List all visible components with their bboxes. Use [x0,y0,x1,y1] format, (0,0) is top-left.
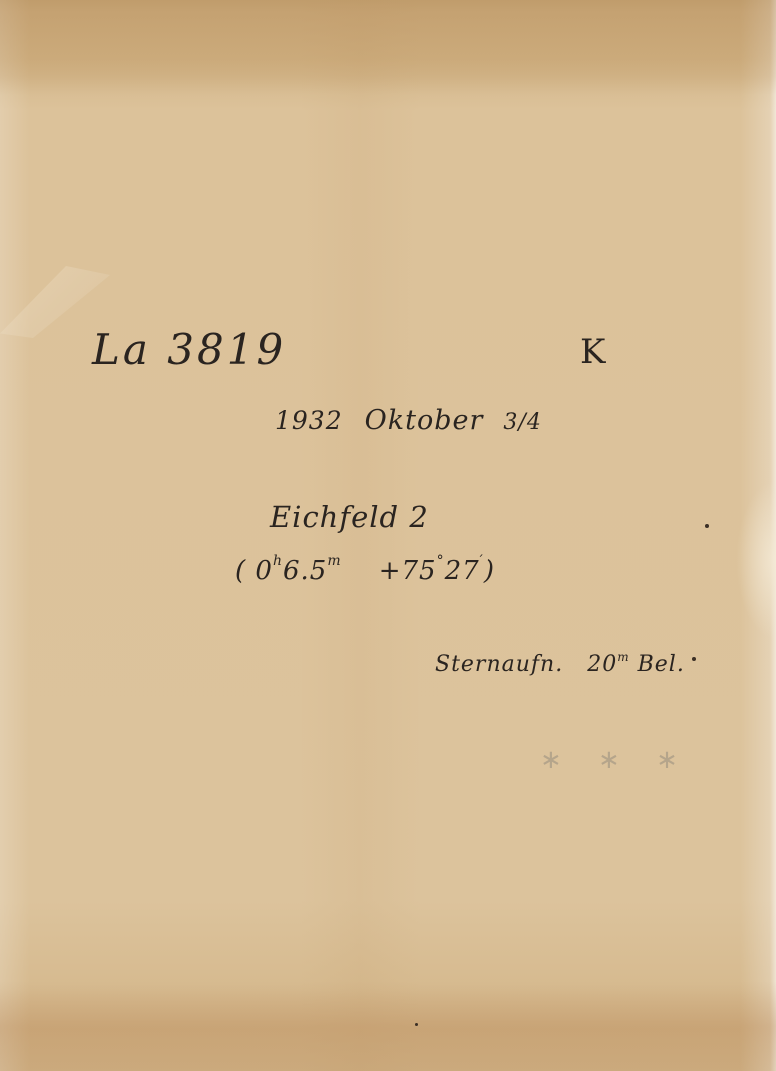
declination-deg: +75 [379,556,437,586]
ink-spot [705,524,709,528]
note-suffix: Bel. [638,652,685,677]
observation-date: 1932Oktober3/4 [275,405,542,436]
date-days: 3/4 [503,410,541,435]
ink-spot [415,1023,418,1026]
exposure-unit: m [617,650,629,664]
paper-crease [736,480,776,640]
bottom-tape-band [0,981,776,1071]
ra-hours-unit: h [273,553,283,569]
catalog-label: La 3819 [92,325,286,374]
envelope-scan: La 3819 K 1932Oktober3/4 Eichfeld 2 ( 0h… [0,0,776,1071]
coord-open-paren: ( [235,556,246,586]
ink-spot [692,657,696,661]
date-year: 1932 [275,406,343,435]
top-tape-band [0,0,776,95]
exposure-note: Sternaufn. 20m Bel. [435,650,685,677]
note-text: Sternaufn. [435,652,563,677]
marker-letter: K [580,332,606,372]
coord-close-paren: ) [484,556,495,586]
coordinates: ( 0h6.5m +75°27′) [235,553,495,586]
field-name: Eichfeld 2 [270,500,429,534]
declination-arcmin: 27 [445,556,480,586]
ra-minutes-unit: m [327,553,341,569]
dec-deg-unit: ° [437,553,445,569]
ra-minutes: 6.5 [283,556,327,586]
date-month: Oktober [365,405,484,436]
exposure-value: 20 [587,652,617,677]
ra-hours: 0 [255,556,273,586]
faded-marks: ∗ ∗ ∗ [540,745,692,775]
